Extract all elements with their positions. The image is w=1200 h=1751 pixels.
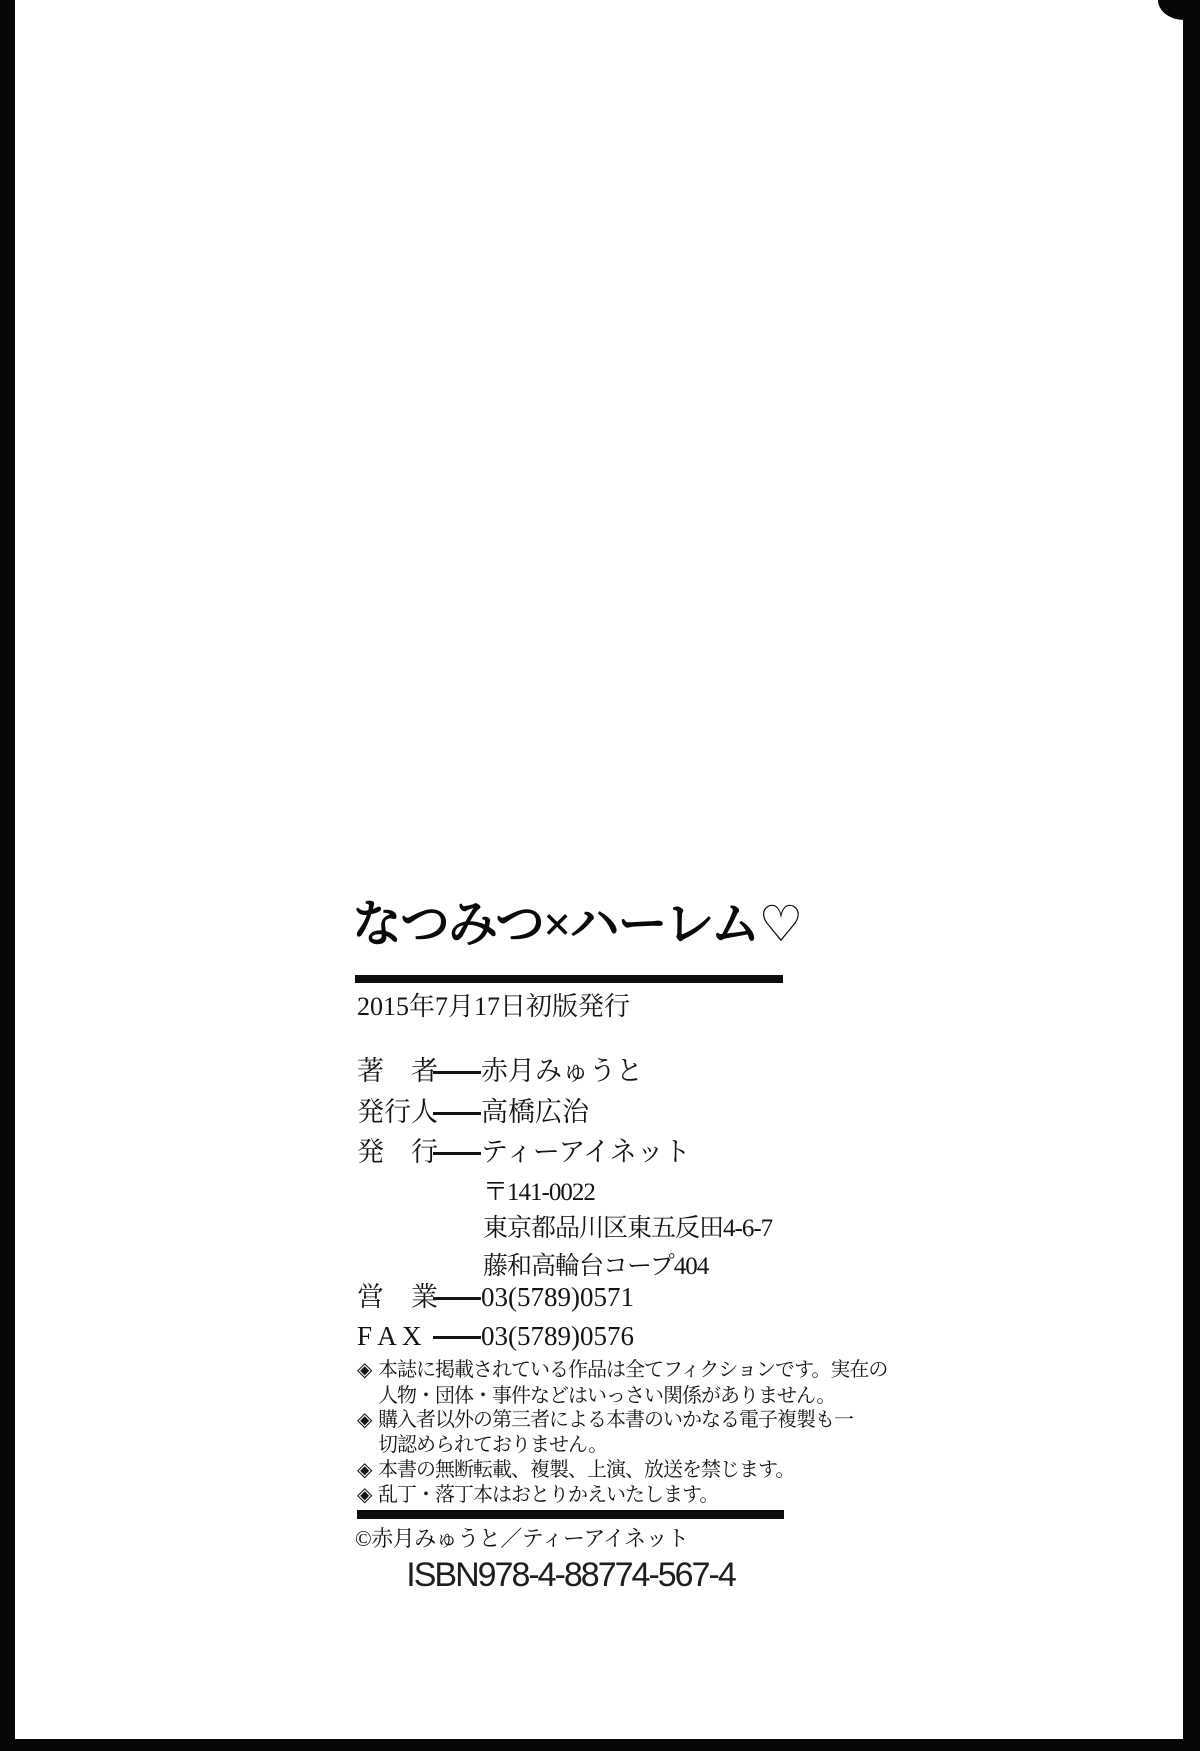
note-marker-icon: ◈: [357, 1458, 378, 1482]
title-rule: [355, 975, 783, 983]
issuer-label: 発行人: [357, 1096, 433, 1128]
copyright-line: ©赤月みゅうと／ティーアイネット: [355, 1522, 689, 1553]
note-text: 切認められておりません。: [378, 1434, 607, 1456]
note-line: ◈乱丁・落丁本はおとりかえいたします。: [357, 1483, 718, 1507]
note-text: 本誌に掲載されている作品は全てフィクションです。実在の: [378, 1359, 887, 1381]
publisher-label: 発 行: [357, 1136, 433, 1168]
issuer-row: 発行人 高橋広治: [357, 1096, 589, 1128]
note-marker-icon: ◈: [357, 1483, 378, 1507]
note-text: 本書の無断転載、複製、上演、放送を禁じます。: [378, 1459, 794, 1481]
sales-phone: 03(5789)0571: [481, 1281, 634, 1313]
address-line1: 東京都品川区東五反田4-6-7: [483, 1208, 772, 1244]
dash-line: [433, 1297, 481, 1300]
author-row: 著 者 赤月みゅうと: [357, 1055, 643, 1087]
note-line: 切認められておりません。: [357, 1433, 607, 1457]
publisher-value: ティーアイネット: [481, 1136, 691, 1168]
footer-rule: [357, 1510, 784, 1519]
author-label: 著 者: [357, 1055, 433, 1087]
note-text: 人物・団体・事件などはいっさい関係がありません。: [378, 1385, 835, 1407]
fax-row: F A X 03(5789)0576: [357, 1320, 634, 1352]
edition-date: 2015年7月17日初版発行: [357, 986, 630, 1023]
note-line: ◈本書の無断転載、複製、上演、放送を禁じます。: [357, 1458, 794, 1482]
fax-number: 03(5789)0576: [481, 1320, 634, 1352]
note-marker-icon: ◈: [357, 1358, 378, 1382]
scan-frame: なつみつ×ハーレム♡ 2015年7月17日初版発行 著 者 赤月みゅうと 発行人…: [0, 0, 1200, 1751]
sales-label: 営 業: [357, 1281, 433, 1313]
dash-line: [433, 1336, 481, 1339]
note-line: ◈本誌に掲載されている作品は全てフィクションです。実在の: [357, 1358, 887, 1382]
postal-code: 〒141-0022: [483, 1172, 595, 1208]
sales-phone-row: 営 業 03(5789)0571: [357, 1281, 634, 1313]
issuer-value: 高橋広治: [481, 1096, 589, 1128]
book-title: なつみつ×ハーレム♡: [352, 892, 801, 957]
publisher-row: 発 行 ティーアイネット: [357, 1136, 691, 1168]
dash-line: [433, 1071, 481, 1074]
note-line: ◈購入者以外の第三者による本書のいかなる電子複製も一: [357, 1408, 853, 1432]
note-text: 乱丁・落丁本はおとりかえいたします。: [378, 1484, 718, 1506]
author-value: 赤月みゅうと: [481, 1055, 643, 1087]
dash-line: [433, 1112, 481, 1115]
note-marker-icon: ◈: [357, 1408, 378, 1432]
isbn-number: ISBN978-4-88774-567-4: [357, 1556, 784, 1595]
fax-label: F A X: [357, 1320, 433, 1352]
note-text: 購入者以外の第三者による本書のいかなる電子複製も一: [378, 1409, 853, 1431]
dash-line: [433, 1152, 481, 1155]
address-line2: 藤和高輪台コープ404: [483, 1246, 708, 1282]
note-line: 人物・団体・事件などはいっさい関係がありません。: [357, 1384, 835, 1408]
